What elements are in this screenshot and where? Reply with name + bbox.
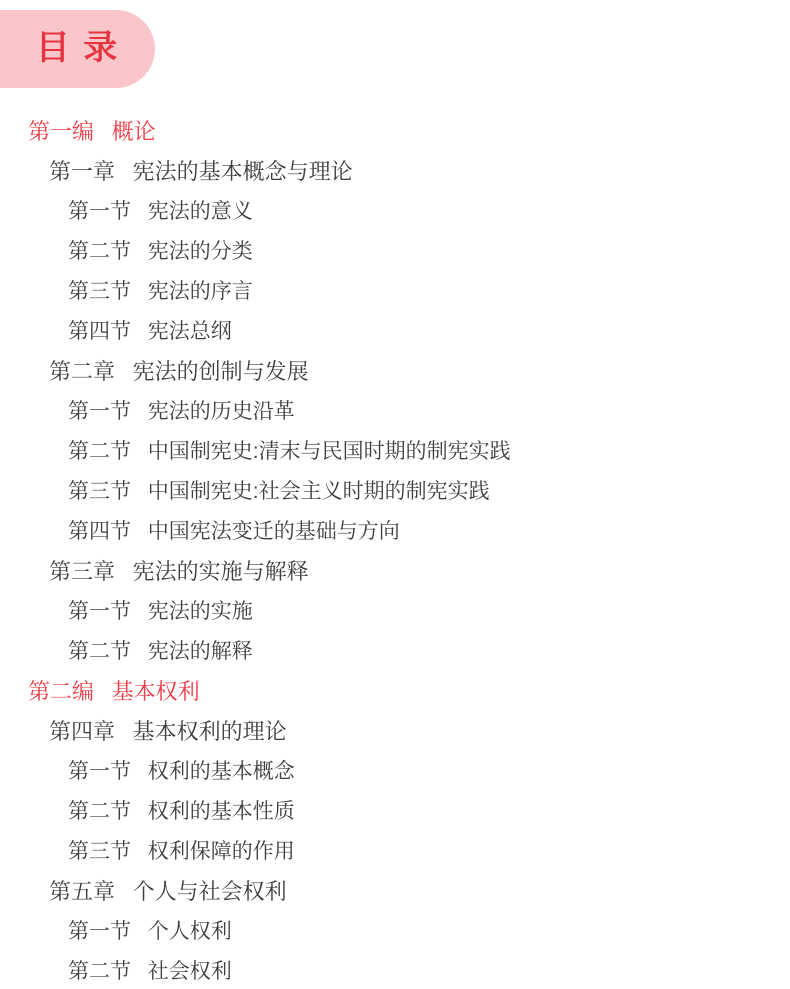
- toc-entry-part[interactable]: 第一编概论: [0, 110, 790, 150]
- entry-number: 第四节: [68, 315, 131, 345]
- entry-number: 第四节: [68, 515, 131, 545]
- entry-title: 权利的基本性质: [148, 795, 295, 825]
- entry-number: 第五章: [49, 875, 115, 906]
- entry-title: 宪法的序言: [148, 275, 253, 305]
- entry-number: 第二节: [68, 435, 131, 465]
- toc-entry-section[interactable]: 第一节宪法的意义: [0, 190, 790, 230]
- entry-title: 宪法总纲: [148, 315, 232, 345]
- entry-number: 第二编: [28, 675, 94, 706]
- toc-entry-chapter[interactable]: 第四章基本权利的理论: [0, 710, 790, 750]
- entry-title: 个人与社会权利: [133, 875, 287, 906]
- toc-entry-section[interactable]: 第三节中国制宪史:社会主义时期的制宪实践: [0, 470, 790, 510]
- entry-title: 权利保障的作用: [148, 835, 295, 865]
- entry-number: 第一编: [28, 115, 94, 146]
- entry-title: 中国制宪史:清末与民国时期的制宪实践: [148, 435, 511, 465]
- entry-title: 宪法的解释: [148, 635, 253, 665]
- entry-number: 第二节: [68, 955, 131, 985]
- toc-entry-section[interactable]: 第一节个人权利: [0, 910, 790, 950]
- entry-number: 第三节: [68, 475, 131, 505]
- entry-title: 宪法的实施与解释: [133, 555, 309, 586]
- entry-title: 宪法的意义: [148, 195, 253, 225]
- entry-title: 宪法的创制与发展: [133, 355, 309, 386]
- entry-title: 权利的基本概念: [148, 755, 295, 785]
- toc-entry-section[interactable]: 第二节权利的基本性质: [0, 790, 790, 830]
- entry-title: 基本权利: [112, 675, 200, 706]
- entry-number: 第一节: [68, 195, 131, 225]
- toc-entry-section[interactable]: 第四节宪法总纲: [0, 310, 790, 350]
- toc-entry-section[interactable]: 第二节宪法的解释: [0, 630, 790, 670]
- entry-number: 第二章: [49, 355, 115, 386]
- entry-title: 概论: [112, 115, 156, 146]
- toc-entry-section[interactable]: 第一节宪法的实施: [0, 590, 790, 630]
- entry-title: 社会权利: [148, 955, 232, 985]
- toc-entry-part[interactable]: 第二编基本权利: [0, 670, 790, 710]
- toc-entry-section[interactable]: 第三节权利保障的作用: [0, 830, 790, 870]
- entry-title: 宪法的历史沿革: [148, 395, 295, 425]
- entry-title: 基本权利的理论: [133, 715, 287, 746]
- toc-entry-section[interactable]: 第一节宪法的历史沿革: [0, 390, 790, 430]
- entry-number: 第三章: [49, 555, 115, 586]
- entry-number: 第三节: [68, 275, 131, 305]
- toc-entry-section[interactable]: 第三节宪法的序言: [0, 270, 790, 310]
- entry-title: 中国制宪史:社会主义时期的制宪实践: [148, 475, 490, 505]
- toc-entry-section[interactable]: 第二节社会权利: [0, 950, 790, 989]
- toc-entry-section[interactable]: 第四节中国宪法变迁的基础与方向: [0, 510, 790, 550]
- toc-entry-section[interactable]: 第二节宪法的分类: [0, 230, 790, 270]
- entry-number: 第二节: [68, 795, 131, 825]
- entry-number: 第一节: [68, 395, 131, 425]
- toc-list: 第一编概论第一章宪法的基本概念与理论第一节宪法的意义第二节宪法的分类第三节宪法的…: [0, 110, 790, 989]
- toc-entry-chapter[interactable]: 第三章宪法的实施与解释: [0, 550, 790, 590]
- entry-title: 个人权利: [148, 915, 232, 945]
- toc-entry-chapter[interactable]: 第一章宪法的基本概念与理论: [0, 150, 790, 190]
- entry-title: 中国宪法变迁的基础与方向: [148, 515, 400, 545]
- entry-number: 第一节: [68, 915, 131, 945]
- toc-title-badge: 目 录: [0, 10, 155, 88]
- toc-title-label: 目 录: [36, 31, 119, 67]
- entry-title: 宪法的基本概念与理论: [133, 155, 353, 186]
- toc-entry-chapter[interactable]: 第五章个人与社会权利: [0, 870, 790, 910]
- entry-title: 宪法的分类: [148, 235, 253, 265]
- toc-entry-chapter[interactable]: 第二章宪法的创制与发展: [0, 350, 790, 390]
- entry-title: 宪法的实施: [148, 595, 253, 625]
- entry-number: 第一章: [49, 155, 115, 186]
- entry-number: 第四章: [49, 715, 115, 746]
- toc-entry-section[interactable]: 第二节中国制宪史:清末与民国时期的制宪实践: [0, 430, 790, 470]
- toc-entry-section[interactable]: 第一节权利的基本概念: [0, 750, 790, 790]
- entry-number: 第一节: [68, 595, 131, 625]
- entry-number: 第一节: [68, 755, 131, 785]
- entry-number: 第三节: [68, 835, 131, 865]
- entry-number: 第二节: [68, 235, 131, 265]
- entry-number: 第二节: [68, 635, 131, 665]
